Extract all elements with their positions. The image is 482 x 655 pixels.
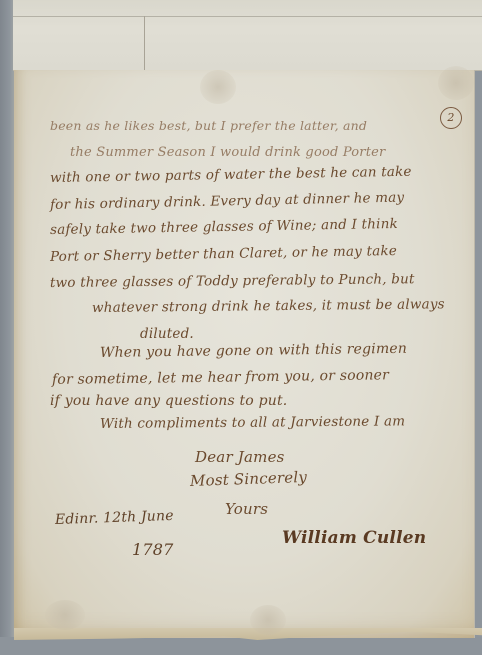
- salutation: Dear James: [195, 448, 285, 466]
- letter-line-7: two three glasses of Toddy preferably to…: [50, 271, 415, 291]
- letter-line-6: Port or Sherry better than Claret, or he…: [50, 243, 397, 265]
- paragraph-2-line-3: if you have any questions to put.: [50, 393, 287, 409]
- letter-line-8: whatever strong drink he takes, it must …: [92, 296, 445, 316]
- sign-off-yours: Yours: [225, 500, 268, 518]
- letter-line-9: diluted.: [140, 326, 194, 342]
- letter-line-3: with one or two parts of water the best …: [50, 164, 412, 186]
- paragraph-2-line-1: When you have gone on with this regimen: [100, 341, 407, 361]
- dateline-year: 1787: [132, 540, 174, 559]
- page-number-circle: 2: [440, 107, 462, 129]
- dateline-place-day: Edinr. 12th June: [55, 508, 174, 528]
- compliments-line: With compliments to all at Jarviestone I…: [100, 413, 405, 432]
- paragraph-2-line-2: for sometime, let me hear from you, or s…: [52, 367, 389, 388]
- letter-line-1: been as he likes best, but I prefer the …: [50, 118, 367, 133]
- letter-line-4: for his ordinary drink. Every day at din…: [50, 190, 405, 213]
- letter-body: 2 been as he likes best, but I prefer th…: [0, 0, 482, 655]
- letter-line-2: the Summer Season I would drink good Por…: [70, 145, 385, 160]
- letter-line-5: safely take two three glasses of Wine; a…: [50, 216, 398, 238]
- signature: William Cullen: [282, 528, 426, 548]
- sign-off-most-sincerely: Most Sincerely: [190, 468, 308, 490]
